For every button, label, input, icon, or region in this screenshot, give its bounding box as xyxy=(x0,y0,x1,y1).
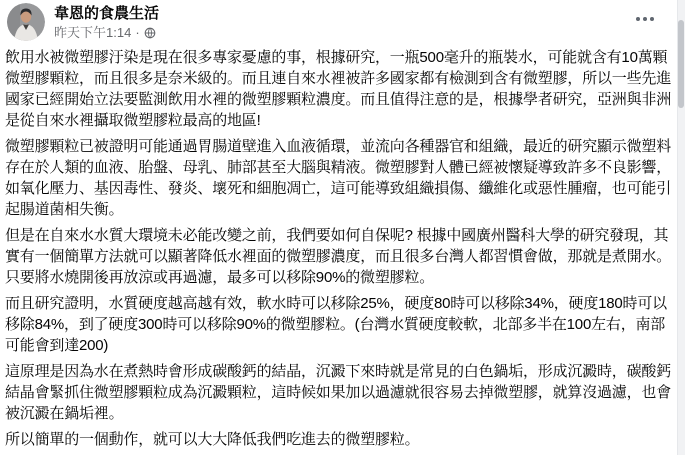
ellipsis-icon xyxy=(636,17,640,21)
globe-privacy-icon xyxy=(144,27,156,39)
scrollbar-thumb[interactable] xyxy=(678,20,684,108)
post-paragraph: 而且研究證明，水質硬度越高越有效，軟水時可以移除25%，硬度80時可以移除34%… xyxy=(5,293,673,356)
person-in-white-coat-photo xyxy=(7,3,45,41)
post-meta: 昨天下午1:14 · xyxy=(54,25,159,41)
more-options-button[interactable] xyxy=(632,13,658,25)
post-header: 韋恩的食農生活 昨天下午1:14 · xyxy=(7,3,159,41)
page-name-link[interactable]: 韋恩的食農生活 xyxy=(54,5,159,23)
ellipsis-icon xyxy=(650,17,654,21)
post-content: 飲用水被微塑膠汙染是現在很多專家憂慮的事，根據研究，一瓶500毫升的瓶裝水，可能… xyxy=(5,47,673,455)
post-paragraph: 這原理是因為水在煮熱時會形成碳酸鈣的結晶，沉澱下來時就是常見的白色鍋垢，形成沉澱… xyxy=(5,361,673,424)
page-avatar[interactable] xyxy=(7,3,45,41)
post-paragraph: 飲用水被微塑膠汙染是現在很多專家憂慮的事，根據研究，一瓶500毫升的瓶裝水，可能… xyxy=(5,47,673,131)
post-paragraph: 但是在自來水水質大環境未必能改變之前，我們要如何自保呢? 根據中國廣州醫科大學的… xyxy=(5,225,673,288)
meta-separator: · xyxy=(135,25,139,41)
post-paragraph: 所以簡單的一個動作，就可以大大降低我們吃進去的微塑膠粒。 xyxy=(5,429,673,450)
post-paragraph: 微塑膠顆粒已被證明可能通過胃腸道壁進入血液循環，並流向各種器官和組織，最近的研究… xyxy=(5,136,673,220)
header-text: 韋恩的食農生活 昨天下午1:14 · xyxy=(54,3,159,41)
ellipsis-icon xyxy=(643,17,647,21)
post-timestamp[interactable]: 昨天下午1:14 xyxy=(54,25,131,41)
facebook-post: 韋恩的食農生活 昨天下午1:14 · 飲用水被微塑膠汙染是現在很多專家憂慮的事，… xyxy=(0,0,685,455)
